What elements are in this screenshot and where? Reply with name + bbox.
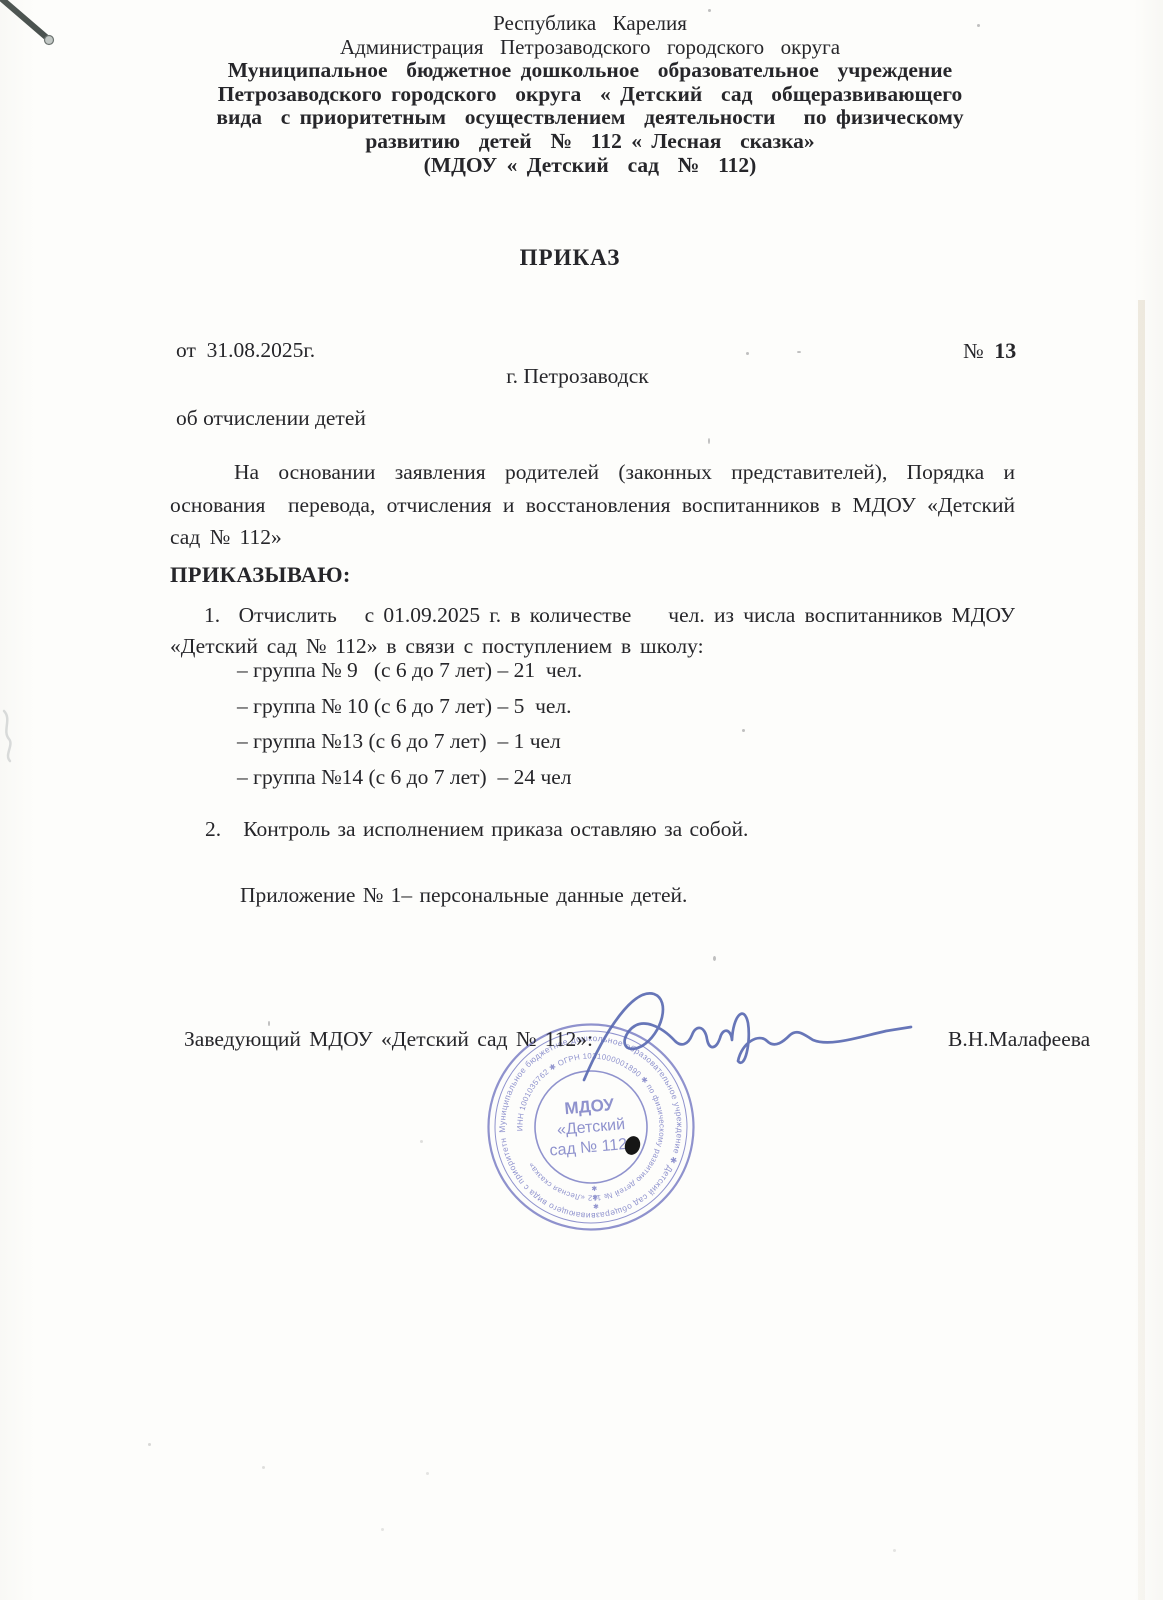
letterhead-line: Петрозаводского городского округа « Детс…	[30, 83, 1150, 107]
scan-margin-smudge	[0, 705, 26, 765]
order-number-value: 13	[994, 338, 1016, 363]
scanned-order-document: Республика Карелия Администрация Петроза…	[0, 0, 1163, 1600]
scan-speck	[708, 438, 710, 444]
stamp-center-text: МДОУ «Детский сад № 112»	[545, 1093, 637, 1159]
scan-speck	[262, 1466, 265, 1469]
group-line: – группа №13 (с 6 до 7 лет) – 1 чел	[237, 724, 582, 760]
svg-text:✱: ✱	[591, 1185, 598, 1193]
scan-speck	[268, 1021, 270, 1026]
scan-edge-crease	[1138, 300, 1145, 1600]
order-date: от 31.08.2025г.	[176, 338, 315, 363]
scan-speck	[746, 352, 749, 355]
order-number: № 13	[963, 338, 1016, 364]
signatory-name: В.Н.Малафеева	[948, 1027, 1090, 1052]
svg-text:✱: ✱	[592, 1194, 599, 1202]
signature-scribble	[568, 984, 920, 1084]
scan-speck	[797, 351, 801, 353]
letterhead-line: (МДОУ « Детский сад № 112)	[30, 154, 1150, 178]
group-list: – группа № 9 (с 6 до 7 лет) – 21 чел. – …	[237, 653, 582, 795]
signatory-role: Заведующий МДОУ «Детский сад № 112»:	[184, 1027, 593, 1052]
order-title: ПРИКАЗ	[0, 245, 1140, 271]
order-item-2: 2. Контроль за исполнением приказа остав…	[205, 817, 748, 842]
letterhead: Республика Карелия Администрация Петроза…	[30, 12, 1150, 177]
preamble-paragraph: На основании заявления родителей (законн…	[170, 456, 1015, 554]
scan-speck	[713, 956, 716, 961]
svg-text:МДОУ: МДОУ	[564, 1095, 616, 1118]
group-line: – группа № 9 (с 6 до 7 лет) – 21 чел.	[237, 653, 582, 689]
letterhead-line: Республика Карелия	[30, 12, 1150, 36]
order-number-sign: №	[963, 339, 984, 363]
scan-speck	[420, 1140, 423, 1143]
attachment-note: Приложение № 1– персональные данные дете…	[240, 883, 687, 908]
scan-speck	[426, 1472, 429, 1475]
scan-speck	[893, 1549, 896, 1552]
letterhead-line: вида с приоритетным осуществлением деяте…	[30, 106, 1150, 130]
group-line: – группа №14 (с 6 до 7 лет) – 24 чел	[237, 760, 582, 796]
letterhead-line: Администрация Петрозаводского городского…	[30, 36, 1150, 60]
stamp-separator-stars: ✱ ✱ ✱	[591, 1185, 599, 1211]
group-line: – группа № 10 (с 6 до 7 лет) – 5 чел.	[237, 689, 582, 725]
scan-speck	[381, 1528, 384, 1531]
order-city: г. Петрозаводск	[0, 364, 1155, 389]
letterhead-line: Муниципальное бюджетное дошкольное образ…	[30, 59, 1150, 83]
svg-text:«Детский: «Детский	[556, 1116, 625, 1139]
scan-speck	[742, 729, 745, 732]
order-subject: об отчислении детей	[176, 406, 366, 431]
svg-text:✱: ✱	[593, 1203, 600, 1211]
letterhead-line: развитию детей № 112 « Лесная сказка»	[30, 130, 1150, 154]
decree-word: ПРИКАЗЫВАЮ:	[170, 562, 351, 588]
scan-speck	[148, 1443, 151, 1446]
